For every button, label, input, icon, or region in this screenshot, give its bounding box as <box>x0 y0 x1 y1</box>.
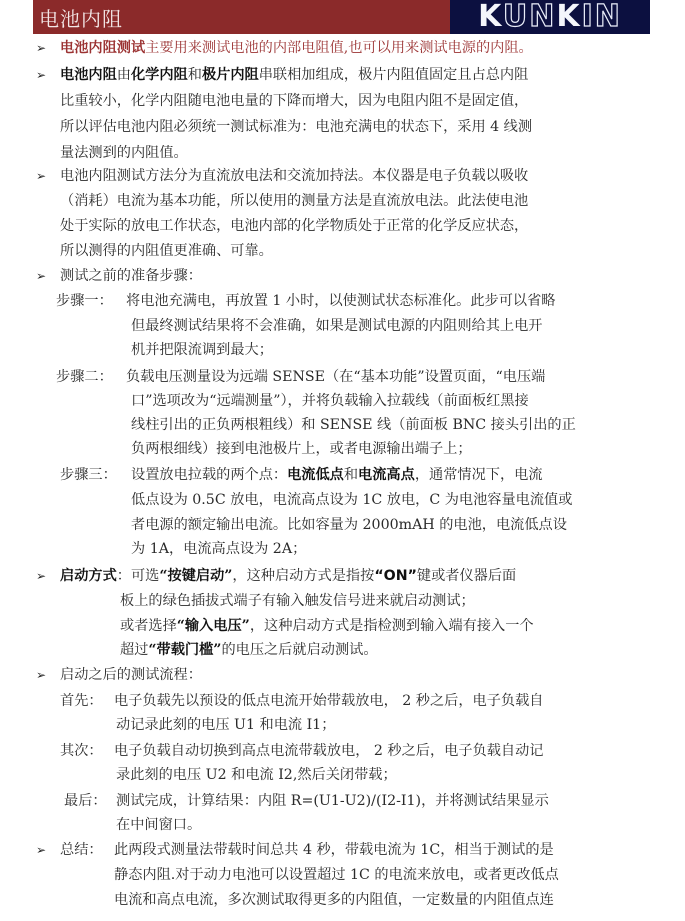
page-title: 电池内阻 <box>39 3 123 32</box>
bullet-icon: ➢ <box>36 266 46 286</box>
bullet-icon: ➢ <box>36 566 46 586</box>
bullet-icon: ➢ <box>36 65 46 85</box>
composition-line-1: 电池内阻由化学内阻和极片内阻串联相加组成，极片内阻值固定且占总内阻 <box>60 65 528 85</box>
composition-line-3: 所以评估电池内阻必须统一测试标准为：电池充满电的状态下，采用 4 线测 <box>60 117 532 137</box>
method-line-2: （消耗）电流为基本功能，所以使用的测量方法是直流放电法。此法使电池 <box>60 191 528 211</box>
flow-first-line-2: 动记录此刻的电压 U1 和电流 I1； <box>116 715 335 735</box>
bullet-icon: ➢ <box>36 38 46 58</box>
step2-line-2: 口”选项改为“远端测量”），并将负载输入拉载线（前面板红黑接 <box>131 391 529 411</box>
composition-line-2: 比重较小，化学内阻随电池电量的下降而增大，因为电阻内阻不是固定值， <box>60 91 528 111</box>
start-mode-line-3: 或者选择“输入电压”，这种启动方式是指检测到输入端有接入一个 <box>120 616 534 636</box>
flow-first-label: 首先： <box>60 691 103 711</box>
bullet-icon: ➢ <box>36 840 46 860</box>
intro-paragraph: 电池内阻测试主要用来测试电池的内部电阻值,也可以用来测试电源的内阻。 <box>60 38 533 58</box>
summary-line-1: 此两段式测量法带载时间总共 4 秒，带载电流为 1C，相当于测试的是 <box>114 840 554 860</box>
flow-second-line-1: 电子负载自动切换到高点电流带载放电， 2 秒之后，电子负载自动记 <box>114 741 544 761</box>
prep-heading: 测试之前的准备步骤： <box>60 266 202 286</box>
method-line-1: 电池内阻测试方法分为直流放电法和交流加持法。本仪器是电子负载以吸收 <box>60 166 528 186</box>
flow-heading: 启动之后的测试流程： <box>60 665 202 685</box>
summary-line-3: 电流和高点电流，多次测试取得更多的内阻值，一定数量的内阻值点连 <box>114 890 554 910</box>
step3-label: 步骤三： <box>60 465 117 485</box>
flow-last-line-1: 测试完成，计算结果：内阻 R=(U1-U2)/(I2-I1)，并将测试结果显示 <box>116 791 549 811</box>
method-line-4: 所以测得的内阻值更准确、可靠。 <box>60 241 273 261</box>
flow-last-label: 最后： <box>64 791 107 811</box>
title-bar: 电池内阻 <box>33 0 450 34</box>
composition-line-4: 量法测到的内阻值。 <box>60 143 188 163</box>
step1-line-2: 但最终测试结果将不会准确，如果是测试电源的内阻则给其上电开 <box>131 316 542 336</box>
step3-line-2: 低点设为 0.5C 放电，电流高点设为 1C 放电，C 为电池容量电流值或 <box>131 490 572 510</box>
kunkin-logo: KUNKIN <box>450 0 650 34</box>
start-mode-line-4: 超过“带载门槛”的电压之后就启动测试。 <box>120 640 378 660</box>
step3-line-4: 为 1A，电流高点设为 2A； <box>131 539 306 559</box>
step2-label: 步骤二： <box>56 367 113 387</box>
step2-line-3: 线柱引出的正负两根粗线）和 SENSE 线（前面板 BNC 接头引出的正 <box>131 415 576 435</box>
step3-line-3: 者电源的额定输出电流。比如容量为 2000mAH 的电池，电流低点设 <box>131 515 567 535</box>
bullet-icon: ➢ <box>36 166 46 186</box>
flow-last-line-2: 在中间窗口。 <box>116 815 201 835</box>
step2-line-1: 负载电压测量设为远端 SENSE（在“基本功能”设置页面，“电压端 <box>126 367 545 387</box>
step3-line-1: 设置放电拉载的两个点：电流低点和电流高点，通常情况下，电流 <box>131 465 543 485</box>
step1-line-3: 机并把限流调到最大； <box>131 340 273 360</box>
bullet-icon: ➢ <box>36 665 46 685</box>
start-mode-line-2: 板上的绿色插拔式端子有输入触发信号进来就启动测试； <box>120 591 475 611</box>
flow-first-line-1: 电子负载先以预设的低点电流开始带载放电， 2 秒之后，电子负载自 <box>114 691 544 711</box>
step2-line-4: 负两根细线）接到电池极片上，或者电源输出端子上； <box>131 439 472 459</box>
flow-second-line-2: 录此刻的电压 U2 和电流 I2,然后关闭带载； <box>116 765 397 785</box>
start-mode-line-1: 启动方式：可选“按键启动”，这种启动方式是指按“ON”键或者仪器后面 <box>60 566 516 586</box>
flow-second-label: 其次： <box>60 741 103 761</box>
logo-text: KUNKIN <box>478 0 622 34</box>
summary-label: 总结： <box>60 840 103 860</box>
summary-line-2: 静态内阻.对于动力电池可以设置超过 1C 的电流来放电，或者更改低点 <box>114 865 559 885</box>
step1-line-1: 将电池充满电，再放置 1 小时，以使测试状态标准化。此步可以省略 <box>126 291 556 311</box>
step1-label: 步骤一： <box>56 291 113 311</box>
method-line-3: 处于实际的放电工作状态，电池内部的化学物质处于正常的化学反应状态， <box>60 216 528 236</box>
